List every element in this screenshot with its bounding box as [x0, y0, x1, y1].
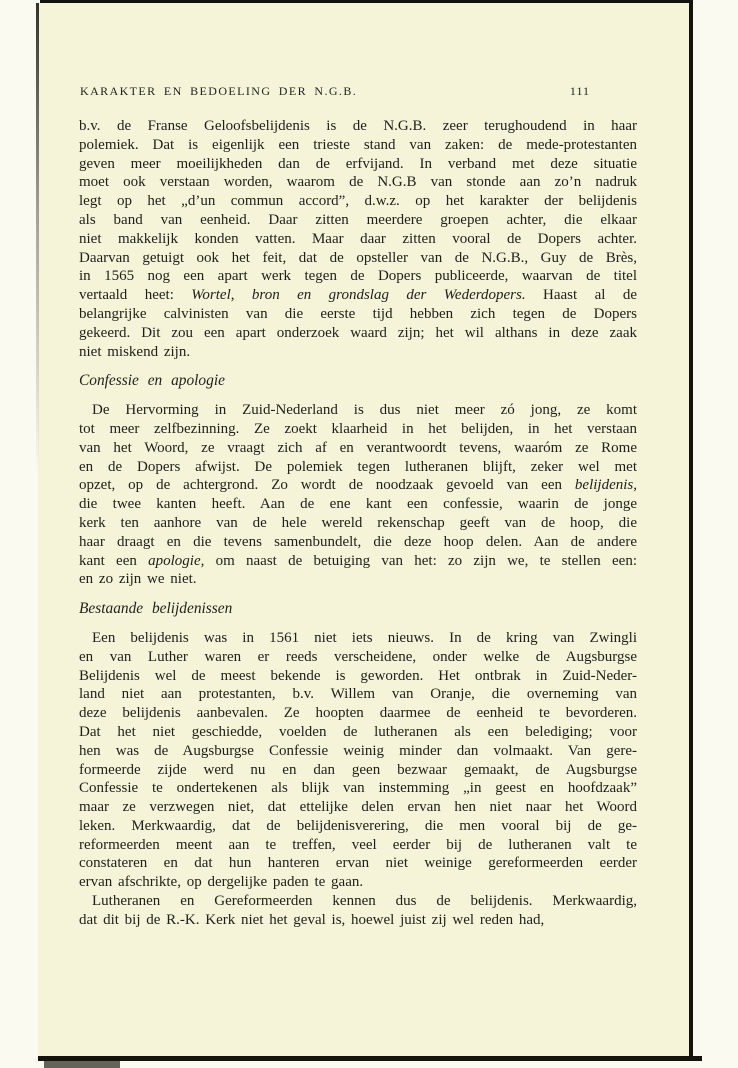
paragraph: Een belijdenis was in 1561 niet iets nie… — [79, 629, 637, 892]
text-line: dat dit bij de R.-K. Kerk niet het geval… — [79, 911, 637, 930]
text-line: tot meer zelfbezinning. Ze zoekt klaarhe… — [79, 420, 637, 439]
text-line: die twee kanten heeft. Aan de ene kant e… — [79, 495, 637, 514]
section-heading: Bestaande belijdenissen — [79, 600, 637, 619]
running-head-title: KARAKTER EN BEDOELING DER N.G.B. — [80, 84, 357, 99]
text-line: opzet, op de achtergrond. Zo wordt de no… — [79, 476, 637, 495]
text-line: legt op het „d’un commun accord”, d.w.z.… — [79, 192, 637, 211]
text-line: leken. Merkwaardig, dat de belijdenisver… — [79, 817, 637, 836]
text-line: Belijdenis wel de meest bekende is gewor… — [79, 667, 637, 686]
text-line: polemiek. Dat is eigenlijk een trieste s… — [79, 136, 637, 155]
text-line: als band van eenheid. Daar zitten meerde… — [79, 211, 637, 230]
text-line: vertaald heet: Wortel, bron en grondslag… — [79, 286, 637, 305]
page-left-edge-shadow — [36, 3, 39, 473]
scan-right-edge-line — [689, 0, 693, 1061]
section-heading: Confessie en apologie — [79, 372, 637, 391]
paragraph: Lutheranen en Gereformeerden kennen dus … — [79, 892, 637, 930]
text-line: formeerde zijde werd nu en dan geen bezw… — [79, 761, 637, 780]
text-line: van het Woord, ze vraagt zich af en vera… — [79, 439, 637, 458]
text-line: De Hervorming in Zuid-Nederland is dus n… — [79, 401, 637, 420]
paragraph: b.v. de Franse Geloofsbelijdenis is de N… — [79, 117, 637, 361]
text-line: Dat het niet geschiedde, voelden de luth… — [79, 723, 637, 742]
text-line: gekeerd. Dit zou een apart onderzoek waa… — [79, 324, 637, 343]
page-number: 111 — [570, 84, 590, 99]
text-line: Een belijdenis was in 1561 niet iets nie… — [79, 629, 637, 648]
text-line: ervan afschrikte, op dergelijke paden te… — [79, 873, 637, 892]
scan-bottom-edge-line — [38, 1056, 702, 1061]
text-body: b.v. de Franse Geloofsbelijdenis is de N… — [79, 117, 637, 930]
text-line: hen was de Augsburgse Confessie weinig m… — [79, 742, 637, 761]
text-line: Lutheranen en Gereformeerden kennen dus … — [79, 892, 637, 911]
text-line: kerk ten aanhore van de hele wereld reke… — [79, 514, 637, 533]
text-line: kant een apologie, om naast de betuiging… — [79, 552, 637, 571]
running-head: KARAKTER EN BEDOELING DER N.G.B. 111 — [38, 84, 690, 100]
text-line: en de Dopers afwijst. De polemiek tegen … — [79, 458, 637, 477]
text-line: haar draagt en die tevens samenbundelt, … — [79, 533, 637, 552]
text-line: belangrijke calvinisten van die eerste t… — [79, 305, 637, 324]
text-line: niet makkelijk konden vatten. Maar daar … — [79, 230, 637, 249]
text-line: land niet aan protestanten, b.v. Willem … — [79, 685, 637, 704]
page-paper: KARAKTER EN BEDOELING DER N.G.B. 111 b.v… — [38, 3, 690, 1057]
text-line: deze belijdenis aanbevalen. Ze hoopten d… — [79, 704, 637, 723]
text-line: in 1565 nog een apart werk tegen de Dope… — [79, 267, 637, 286]
scan-corner-shadow — [44, 1061, 120, 1068]
text-line: Confessie te ondertekenen als blijk van … — [79, 779, 637, 798]
text-line: en van Luther waren er reeds verscheiden… — [79, 648, 637, 667]
text-line: moet ook verstaan worden, waarom de N.G.… — [79, 173, 637, 192]
text-line: Daarvan getuigt ook het feit, dat de ops… — [79, 249, 637, 268]
text-line: en zo zijn we niet. — [79, 570, 637, 589]
text-line: niet miskend zijn. — [79, 343, 637, 362]
scanned-book-page: KARAKTER EN BEDOELING DER N.G.B. 111 b.v… — [0, 0, 738, 1068]
text-line: constateren en dat hun hanteren ervan ni… — [79, 854, 637, 873]
text-line: geven meer moeilijkheden dan de erfvijan… — [79, 155, 637, 174]
paragraph: De Hervorming in Zuid-Nederland is dus n… — [79, 401, 637, 589]
text-line: reformeerden meent aan te treffen, veel … — [79, 836, 637, 855]
text-line: maar ze verzwegen niet, dat ettelijke de… — [79, 798, 637, 817]
text-line: b.v. de Franse Geloofsbelijdenis is de N… — [79, 117, 637, 136]
